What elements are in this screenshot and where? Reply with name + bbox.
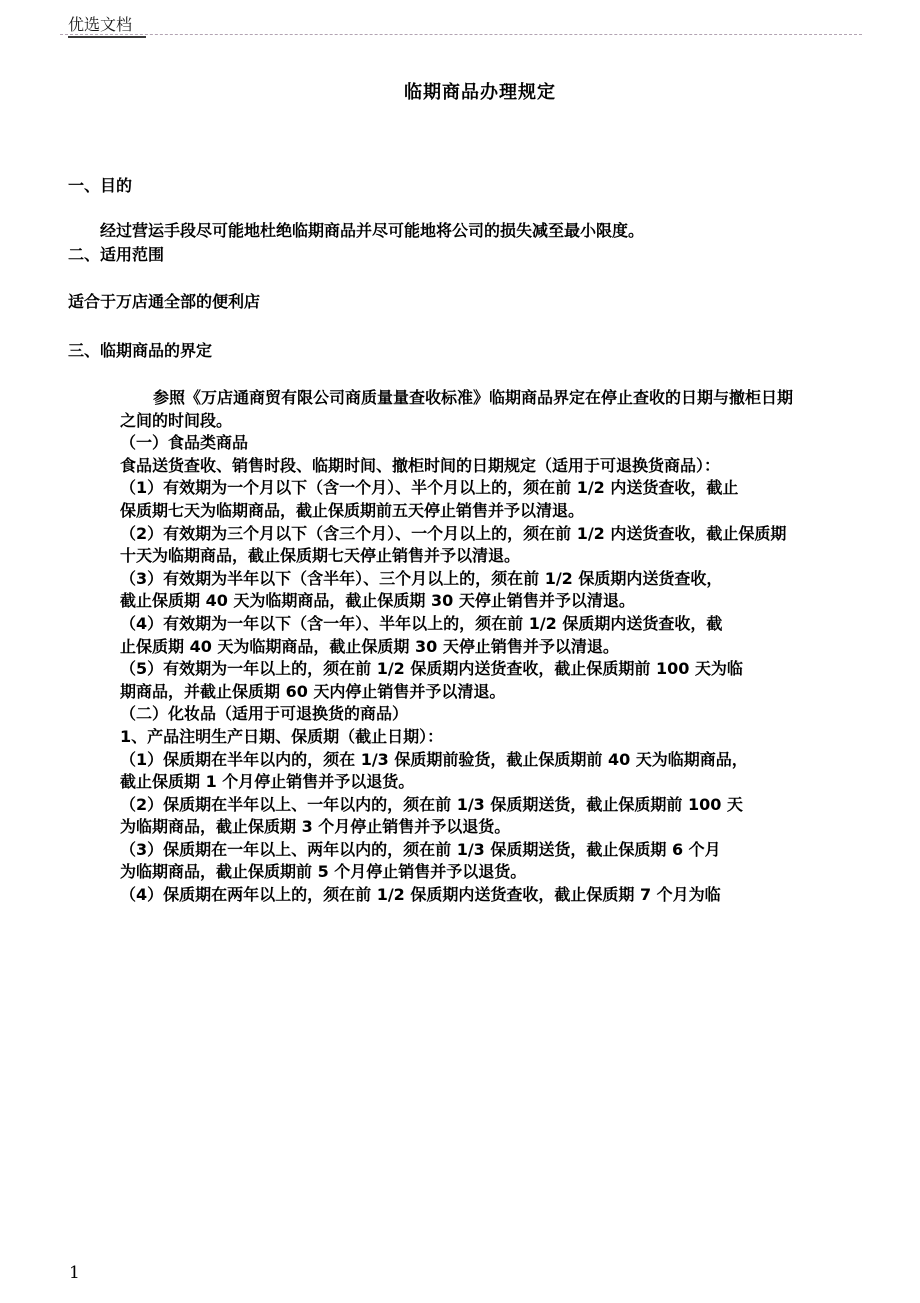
definition-line: （3）保质期在一年以上、两年以内的，须在前 1/3 保质期送货，截止保质期 6 … xyxy=(120,839,900,862)
definition-line: （1）保质期在半年以内的，须在 1/3 保质期前验货，截止保质期前 40 天为临… xyxy=(120,749,900,772)
definition-line: 之间的时间段。 xyxy=(120,410,900,433)
definition-line: 食品送货查收、销售时段、临期时间、撤柜时间的日期规定（适用于可退换货商品）： xyxy=(120,455,900,478)
definition-line: （4）保质期在两年以上的，须在前 1/2 保质期内送货查收，截止保质期 7 个月… xyxy=(120,884,900,907)
definition-line: 1、产品注明生产日期、保质期（截止日期）： xyxy=(120,726,900,749)
page-number: 1 xyxy=(69,1263,80,1283)
definition-line: （一）食品类商品 xyxy=(120,432,900,455)
heading-scope: 二、适用范围 xyxy=(68,242,164,265)
definition-line: （3）有效期为半年以下（含半年）、三个月以上的，须在前 1/2 保质期内送货查收… xyxy=(120,568,900,591)
definition-line: 截止保质期 40 天为临期商品，截止保质期 30 天停止销售并予以清退。 xyxy=(120,590,900,613)
definition-line: （2）保质期在半年以上、一年以内的，须在前 1/3 保质期送货，截止保质期前 1… xyxy=(120,794,900,817)
definition-line: 截止保质期 1 个月停止销售并予以退货。 xyxy=(120,771,900,794)
heading-purpose: 一、目的 xyxy=(68,173,132,196)
definition-body: 参照《万店通商贸有限公司商质量量查收标准》临期商品界定在停止查收的日期与撤柜日期… xyxy=(120,387,900,907)
definition-line: 止保质期 40 天为临期商品，截止保质期 30 天停止销售并予以清退。 xyxy=(120,636,900,659)
paragraph-scope: 适合于万店通全部的便利店 xyxy=(68,289,260,312)
document-title: 临期商品办理规定 xyxy=(0,78,920,104)
definition-line: （5）有效期为一年以上的，须在前 1/2 保质期内送货查收，截止保质期前 100… xyxy=(120,658,900,681)
definition-line: （2）有效期为三个月以下（含三个月）、一个月以上的，须在前 1/2 内送货查收，… xyxy=(120,523,900,546)
definition-line: 保质期七天为临期商品，截止保质期前五天停止销售并予以清退。 xyxy=(120,500,900,523)
definition-line: 期商品，并截止保质期 60 天内停止销售并予以清退。 xyxy=(120,681,900,704)
definition-line: （1）有效期为一个月以下（含一个月）、半个月以上的，须在前 1/2 内送货查收，… xyxy=(120,477,900,500)
heading-definition: 三、临期商品的界定 xyxy=(68,338,212,361)
paragraph-purpose: 经过营运手段尽可能地杜绝临期商品并尽可能地将公司的损失减至最小限度。 xyxy=(100,218,644,241)
header-divider-line xyxy=(60,34,862,35)
definition-line: 参照《万店通商贸有限公司商质量量查收标准》临期商品界定在停止查收的日期与撤柜日期 xyxy=(120,387,900,410)
definition-line: 为临期商品，截止保质期前 5 个月停止销售并予以退货。 xyxy=(120,861,900,884)
definition-line: （二）化妆品（适用于可退换货的商品） xyxy=(120,703,900,726)
definition-line: （4）有效期为一年以下（含一年）、半年以上的，须在前 1/2 保质期内送货查收，… xyxy=(120,613,900,636)
definition-line: 十天为临期商品，截止保质期七天停止销售并予以清退。 xyxy=(120,545,900,568)
definition-line: 为临期商品，截止保质期 3 个月停止销售并予以退货。 xyxy=(120,816,900,839)
